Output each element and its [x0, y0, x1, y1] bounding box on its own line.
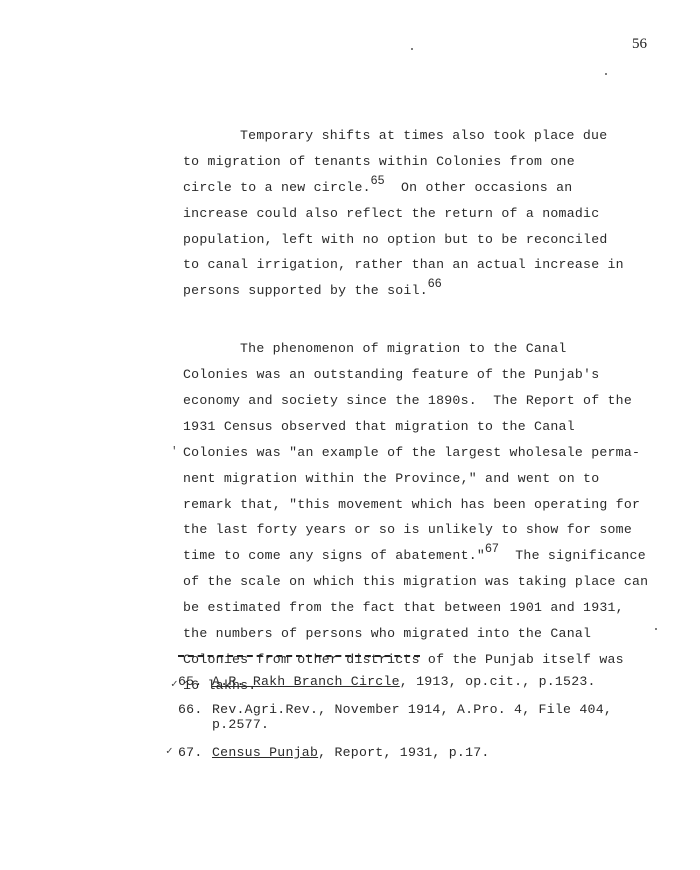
text-line: time to come any signs of abatement."67 …: [183, 543, 683, 569]
footnote-ref: 65: [371, 173, 385, 187]
line-text: On other occasions an: [385, 180, 573, 195]
text-line: population, left with no option but to b…: [183, 227, 683, 253]
footnote-text: A.R. Rakh Branch Circle, 1913, op.cit., …: [212, 674, 652, 689]
text-line: persons supported by the soil.66: [183, 278, 683, 304]
footnote-number: 66.: [178, 702, 212, 732]
footnote-citation: , 1913, op.cit., p.1523.: [400, 674, 596, 689]
text-line: to canal irrigation, rather than an actu…: [183, 252, 683, 278]
line-text: The significance: [499, 548, 646, 563]
line-text: the last forty years or so is unlikely t…: [183, 522, 632, 537]
footnote: ✓67.Census Punjab, Report, 1931, p.17.: [178, 745, 678, 760]
margin-mark: ✓: [166, 745, 173, 760]
scan-speck: [411, 48, 413, 50]
text-line: The phenomenon of migration to the Canal: [183, 336, 683, 362]
text-line: nent migration within the Province," and…: [183, 466, 683, 492]
text-line: Colonies from other districts of the Pun…: [183, 647, 683, 673]
text-line: Temporary shifts at times also took plac…: [183, 123, 683, 149]
footnote-number: 65.: [178, 674, 212, 689]
footnote-text: Rev.Agri.Rev., November 1914, A.Pro. 4, …: [212, 702, 652, 732]
line-text: time to come any signs of abatement.": [183, 548, 485, 563]
line-text: population, left with no option but to b…: [183, 232, 608, 247]
body-text: Temporary shifts at times also took plac…: [183, 93, 683, 714]
line-text: of the scale on which this migration was…: [183, 574, 648, 589]
line-text: economy and society since the 1890s. The…: [183, 393, 632, 408]
scan-speck: [605, 73, 607, 75]
text-line: the last forty years or so is unlikely t…: [183, 517, 683, 543]
line-text: nent migration within the Province," and…: [183, 471, 599, 486]
footnote: 66.Rev.Agri.Rev., November 1914, A.Pro. …: [178, 702, 678, 732]
text-line: 1931 Census observed that migration to t…: [183, 414, 683, 440]
line-text: Colonies was "an example of the largest …: [183, 445, 640, 460]
line-text: be estimated from the fact that between …: [183, 600, 624, 615]
footnote: 65.A.R. Rakh Branch Circle, 1913, op.cit…: [178, 674, 678, 689]
line-text: The phenomenon of migration to the Canal: [240, 341, 567, 356]
footnote-title: Census Punjab: [212, 745, 318, 760]
footnote-number: 67.: [178, 745, 212, 760]
footnote-citation: , Report, 1931, p.17.: [318, 745, 489, 760]
line-text: the numbers of persons who migrated into…: [183, 626, 591, 641]
line-text: Colonies was an outstanding feature of t…: [183, 367, 599, 382]
footnote-ref: 67: [485, 541, 499, 555]
footnote-ref: 66: [428, 276, 442, 290]
paragraph-1: Temporary shifts at times also took plac…: [183, 123, 683, 304]
text-line: the numbers of persons who migrated into…: [183, 621, 683, 647]
line-text: circle to a new circle.: [183, 180, 371, 195]
text-line: increase could also reflect the return o…: [183, 201, 683, 227]
text-line: 'Colonies was "an example of the largest…: [183, 440, 683, 466]
text-line: remark that, "this movement which has be…: [183, 492, 683, 518]
text-line: circle to a new circle.65 On other occas…: [183, 175, 683, 201]
margin-mark: ✓: [171, 673, 178, 699]
line-text: Temporary shifts at times also took plac…: [240, 128, 607, 143]
footnote-text: Census Punjab, Report, 1931, p.17.: [212, 745, 652, 760]
footnote-separator: [178, 655, 420, 657]
text-line: of the scale on which this migration was…: [183, 569, 683, 595]
line-text: to canal irrigation, rather than an actu…: [183, 257, 624, 272]
text-line: Colonies was an outstanding feature of t…: [183, 362, 683, 388]
line-text: remark that, "this movement which has be…: [183, 497, 640, 512]
text-line: economy and society since the 1890s. The…: [183, 388, 683, 414]
footnote-citation: Rev.Agri.Rev., November 1914, A.Pro. 4, …: [212, 702, 612, 732]
footnotes: 65.A.R. Rakh Branch Circle, 1913, op.cit…: [178, 674, 678, 773]
text-line: to migration of tenants within Colonies …: [183, 149, 683, 175]
line-text: 1931 Census observed that migration to t…: [183, 419, 575, 434]
text-line: be estimated from the fact that between …: [183, 595, 683, 621]
margin-mark: ': [171, 440, 178, 466]
paragraph-2: The phenomenon of migration to the Canal…: [183, 336, 683, 698]
footnote-title: A.R. Rakh Branch Circle: [212, 674, 400, 689]
line-text: to migration of tenants within Colonies …: [183, 154, 575, 169]
line-text: persons supported by the soil.: [183, 283, 428, 298]
page-number: 56: [632, 36, 647, 53]
line-text: increase could also reflect the return o…: [183, 206, 599, 221]
